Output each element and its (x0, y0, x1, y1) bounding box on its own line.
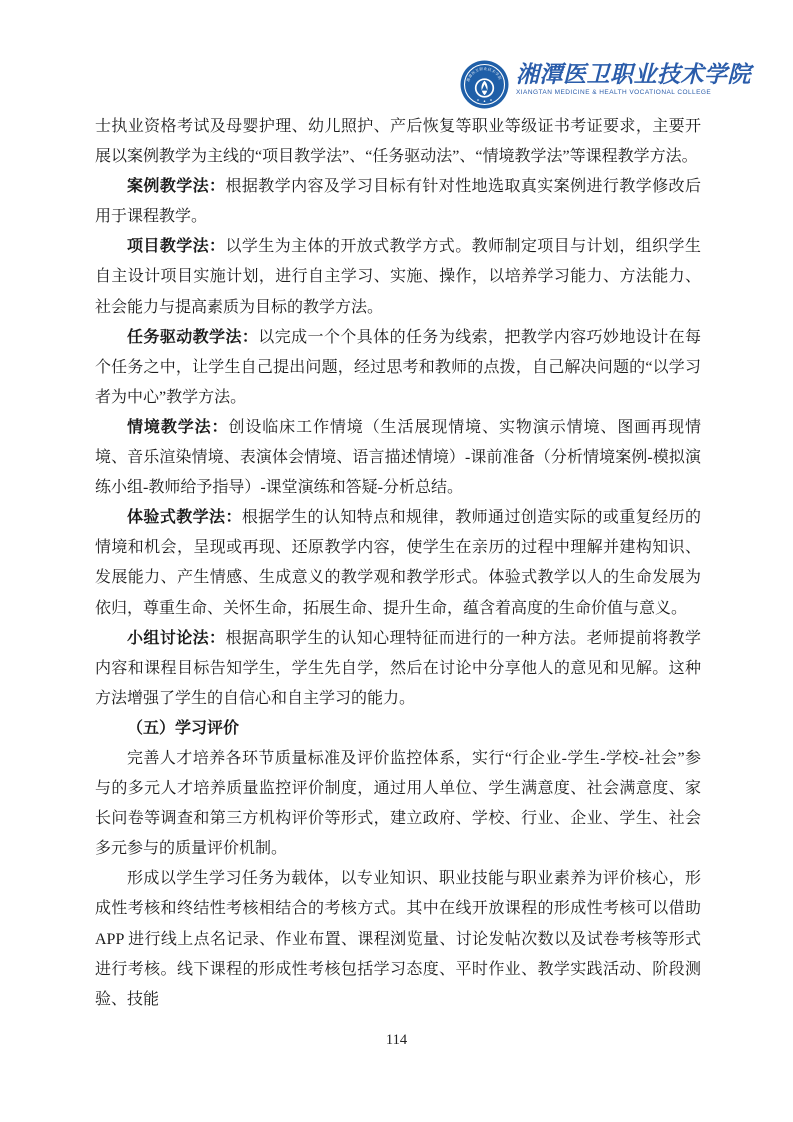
paragraph-lead: 项目教学法： (127, 238, 225, 255)
paragraph: 士执业资格考试及母婴护理、幼儿照护、产后恢复等职业等级证书考证要求，主要开展以案… (95, 112, 701, 172)
paragraph: 完善人才培养各环节质量标准及评价监控体系，实行“行企业-学生-学校-社会”参与的… (95, 744, 701, 864)
paragraph: 任务驱动教学法：以完成一个个具体的任务为线索，把教学内容巧妙地设计在每个任务之中… (95, 323, 701, 413)
paragraph: 情境教学法：创设临床工作情境（生活展现情境、实物演示情境、图画再现情境、音乐渲染… (95, 413, 701, 503)
paragraph-lead: 小组讨论法： (127, 630, 225, 647)
paragraph: 小组讨论法：根据高职学生的认知心理特征而进行的一种方法。老师提前将教学内容和课程… (95, 624, 701, 714)
document-body: 士执业资格考试及母婴护理、幼儿照护、产后恢复等职业等级证书考证要求，主要开展以案… (95, 112, 701, 1015)
paragraph: 体验式教学法：根据学生的认知特点和规律，教师通过创造实际的或重复经历的情境和机会… (95, 503, 701, 623)
page-footer: 114 (0, 1031, 793, 1049)
college-seal-icon: 湘潭医卫职业技术学院 (460, 60, 509, 109)
paragraph: 项目教学法：以学生为主体的开放式教学方式。教师制定项目与计划，组织学生自主设计项… (95, 232, 701, 322)
paragraph-lead: 案例教学法： (127, 178, 225, 195)
paragraph-lead: 任务驱动教学法： (127, 329, 258, 346)
college-name-block: 湘潭医卫职业技术学院 XIANGTAN MEDICINE & HEALTH VO… (516, 60, 751, 96)
college-name-en: XIANGTAN MEDICINE & HEALTH VOCATIONAL CO… (516, 89, 751, 96)
paragraph: 案例教学法：根据教学内容及学习目标有针对性地选取真实案例进行教学修改后用于课程教… (95, 172, 701, 232)
college-logo: 湘潭医卫职业技术学院 (460, 60, 509, 109)
page-header: 湘潭医卫职业技术学院 湘潭医卫职业技术学院 XIANGTAN MEDICINE … (460, 60, 751, 109)
section-heading: （五）学习评价 (95, 714, 701, 744)
paragraph: 形成以学生学习任务为载体，以专业知识、职业技能与职业素养为评价核心，形成性考核和… (95, 864, 701, 1014)
paragraph-lead: 情境教学法： (127, 419, 228, 436)
page-number: 114 (386, 1032, 407, 1048)
paragraph-lead: 体验式教学法： (127, 509, 242, 526)
document-page: 湘潭医卫职业技术学院 湘潭医卫职业技术学院 XIANGTAN MEDICINE … (0, 0, 793, 1122)
college-name-zh: 湘潭医卫职业技术学院 (516, 62, 751, 88)
